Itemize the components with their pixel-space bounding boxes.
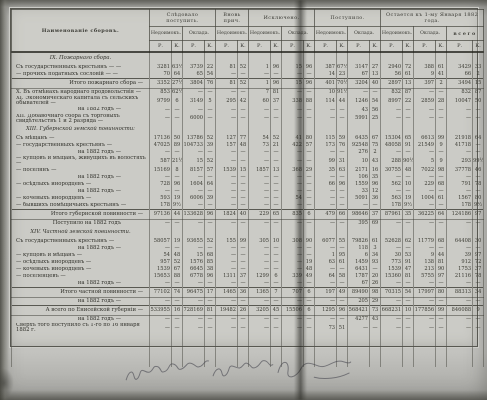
cell-kopecks: 25 xyxy=(370,114,381,125)
table-row: — бывшихъ помѣщичьихъ крестьянъ —1789½——… xyxy=(12,202,484,210)
cell-kopecks: 62 xyxy=(403,238,414,245)
total-row: Итого пожарнаго сбора —335227½3804768152… xyxy=(12,79,484,89)
cell-kopecks xyxy=(337,124,348,135)
cell-kopecks: — xyxy=(436,323,447,334)
cell-kopecks: — xyxy=(238,188,249,195)
cell-rubles: — xyxy=(315,114,337,125)
cell-kopecks xyxy=(205,333,216,367)
cell-kopecks: — xyxy=(238,174,249,181)
cell-rubles: 97136 xyxy=(150,209,172,219)
table-row: — поселенцевъ —1565388677896131137129963… xyxy=(12,273,484,280)
header-group-0: Слѣдовало поступить. xyxy=(150,10,216,27)
cell-rubles: — xyxy=(282,252,304,259)
cell-rubles: 1824 xyxy=(216,209,238,219)
cell-kopecks: — xyxy=(172,114,183,125)
cell-kopecks: — xyxy=(271,280,282,288)
cell-kopecks xyxy=(436,52,447,64)
cell-rubles: — xyxy=(414,323,436,334)
cell-rubles xyxy=(150,124,172,135)
cell-kopecks: 21 xyxy=(271,142,282,149)
cell-kopecks: 26 xyxy=(370,280,381,288)
cell-rubles: — xyxy=(315,202,337,210)
cell-kopecks xyxy=(370,124,381,135)
cell-kopecks: 87 xyxy=(403,89,414,97)
cell-kopecks: 9½ xyxy=(473,202,484,210)
cell-rubles: — xyxy=(216,195,238,202)
row-label: — кочевыхъ инородцевъ — xyxy=(12,266,150,273)
cell-kopecks: 39 xyxy=(205,195,216,202)
cell-rubles: — xyxy=(447,174,473,181)
column-header-name-of-fees: Наименованіе сборовъ. xyxy=(12,10,150,53)
cell-rubles: — xyxy=(150,188,172,195)
cell-kopecks xyxy=(238,227,249,238)
cell-kopecks: 61 xyxy=(337,259,348,266)
header-group-row: Наименованіе сборовъ.Слѣдовало поступить… xyxy=(12,10,484,27)
cell-rubles: — xyxy=(249,114,271,125)
cell-rubles: — xyxy=(249,219,271,227)
cell-kopecks: 63½ xyxy=(172,64,183,71)
table-row: — государственныхъ крестьянъ —4702589104… xyxy=(12,142,484,149)
cell-kopecks: — xyxy=(205,107,216,114)
cell-rubles: — xyxy=(447,107,473,114)
cell-rubles: 3149 xyxy=(183,96,205,107)
cell-rubles xyxy=(381,52,403,64)
cell-kopecks: 50 xyxy=(172,135,183,142)
cell-rubles: — xyxy=(447,245,473,252)
cell-kopecks: 33 xyxy=(473,64,484,71)
cell-rubles: 1857 xyxy=(249,167,271,174)
row-label: А всего по Енисейской губерніи — xyxy=(12,305,150,315)
cell-rubles: — xyxy=(150,174,172,181)
cell-kopecks: — xyxy=(473,323,484,334)
cell-rubles: — xyxy=(315,188,337,195)
cell-rubles: 70315 xyxy=(381,287,403,297)
cell-rubles: 6000 xyxy=(183,114,205,125)
cell-kopecks: 3 xyxy=(370,245,381,252)
cell-rubles xyxy=(315,333,337,367)
cell-rubles: — xyxy=(381,174,403,181)
tax-ledger-table: Наименованіе сборовъ.Слѣдовало поступить… xyxy=(11,9,484,367)
cell-kopecks: — xyxy=(337,114,348,125)
cell-kopecks: — xyxy=(337,315,348,323)
cell-kopecks: 13 xyxy=(403,79,414,89)
cell-kopecks: — xyxy=(172,280,183,288)
table-row: — поселянъ —1516988157571539151857133682… xyxy=(12,167,484,174)
cell-rubles: 41 xyxy=(282,135,304,142)
total-row: Итого частной повинности —77102749647517… xyxy=(12,287,484,297)
cell-rubles xyxy=(381,227,403,238)
cell-kopecks xyxy=(436,333,447,367)
cell-kopecks: 99 xyxy=(238,238,249,245)
cell-rubles: 1299 xyxy=(249,273,271,280)
cell-rubles: — xyxy=(315,297,337,305)
cell-rubles: 89490 xyxy=(348,287,370,297)
cell-kopecks: 52 xyxy=(172,259,183,266)
table-row: на 1882 годъ —————————————2762—————— xyxy=(12,149,484,156)
cell-kopecks: 29 xyxy=(304,167,315,174)
cell-rubles: — xyxy=(216,188,238,195)
cell-kopecks: 68 xyxy=(436,181,447,188)
cell-rubles: 15 xyxy=(183,252,205,259)
cell-rubles: — xyxy=(414,114,436,125)
cell-kopecks: — xyxy=(436,202,447,210)
cell-rubles: 229 xyxy=(249,209,271,219)
table-body: IX. Пожарнаго сбора.Съ государственныхъ … xyxy=(12,52,484,367)
cell-kopecks: 99½ xyxy=(473,156,484,167)
cell-kopecks: — xyxy=(238,149,249,156)
cell-kopecks: — xyxy=(172,188,183,195)
cell-kopecks: — xyxy=(205,245,216,252)
cell-rubles: — xyxy=(150,245,172,252)
cell-rubles: 104733 xyxy=(183,142,205,149)
cell-kopecks: — xyxy=(403,114,414,125)
cell-kopecks: 72 xyxy=(403,64,414,71)
cell-kopecks: 65 xyxy=(271,209,282,219)
row-label: на 1882 годъ — xyxy=(12,297,150,305)
cell-rubles xyxy=(216,124,238,135)
cell-kopecks: 9½ xyxy=(403,202,414,210)
cell-kopecks: — xyxy=(403,323,414,334)
cell-rubles: — xyxy=(216,252,238,259)
cell-rubles: 58057 xyxy=(150,238,172,245)
cell-rubles: 106 xyxy=(348,174,370,181)
cell-kopecks: — xyxy=(473,114,484,125)
cell-kopecks: — xyxy=(337,266,348,273)
cell-rubles: 10 xyxy=(315,89,337,97)
cell-kopecks: — xyxy=(271,149,282,156)
cell-rubles: — xyxy=(150,297,172,305)
cell-kopecks: — xyxy=(172,149,183,156)
cell-rubles: 124186 xyxy=(447,209,473,219)
cell-kopecks: 6 xyxy=(304,305,315,315)
cell-kopecks: 89 xyxy=(172,142,183,149)
cell-kopecks: — xyxy=(238,219,249,227)
cell-rubles: 15653 xyxy=(150,273,172,280)
cell-rubles: 5 xyxy=(414,156,436,167)
cell-kopecks: 63 xyxy=(337,167,348,174)
header-subcol-6: Оклада. xyxy=(348,27,381,41)
cell-rubles: 8997 xyxy=(381,96,403,107)
cell-kopecks: — xyxy=(473,280,484,288)
cell-kopecks: — xyxy=(436,297,447,305)
cell-kopecks: — xyxy=(403,297,414,305)
cell-rubles: 99 xyxy=(315,156,337,167)
cell-rubles: 155 xyxy=(216,238,238,245)
cell-kopecks: — xyxy=(205,297,216,305)
cell-kopecks: 21½ xyxy=(172,156,183,167)
cell-rubles xyxy=(381,333,403,367)
table-row: — кочевыхъ инородцевъ —153967664538—————… xyxy=(12,266,484,273)
row-label: — поселенцевъ — xyxy=(12,273,150,280)
cell-kopecks: — xyxy=(304,181,315,188)
cell-kopecks: — xyxy=(337,245,348,252)
cell-rubles: 8157 xyxy=(183,167,205,174)
cell-kopecks: — xyxy=(205,174,216,181)
cell-rubles: 14 xyxy=(315,71,337,79)
cell-rubles xyxy=(183,124,205,135)
cell-rubles: 67 xyxy=(348,280,370,288)
cell-kopecks: 96 xyxy=(304,64,315,71)
row-label: Итого частной повинности — xyxy=(12,287,150,297)
cell-rubles: 1004 xyxy=(414,195,436,202)
cell-kopecks xyxy=(403,333,414,367)
cell-rubles: 1539 xyxy=(150,266,172,273)
cell-kopecks: 77 xyxy=(238,135,249,142)
cell-kopecks xyxy=(473,52,484,64)
unit-kopecks: К. xyxy=(238,41,249,53)
cell-kopecks: 10 xyxy=(403,181,414,188)
cell-rubles: 60 xyxy=(249,96,271,107)
cell-kopecks: 10 xyxy=(403,305,414,315)
cell-rubles: 593 xyxy=(150,195,172,202)
cell-kopecks xyxy=(370,333,381,367)
row-label: на 1882 годъ — xyxy=(12,149,150,156)
cell-kopecks: — xyxy=(304,156,315,167)
cell-rubles: — xyxy=(216,181,238,188)
cell-kopecks xyxy=(403,227,414,238)
cell-rubles: 178 xyxy=(447,202,473,210)
cell-rubles: 957 xyxy=(150,259,172,266)
cell-rubles: 1 xyxy=(315,252,337,259)
cell-kopecks: — xyxy=(473,315,484,323)
section-row: IX. Пожарнаго сбора. xyxy=(12,52,484,64)
cell-rubles: 6431 xyxy=(348,266,370,273)
cell-rubles: 229 xyxy=(414,181,436,188)
row-label: на 1882 годъ — xyxy=(12,280,150,288)
unit-rubles: Р. xyxy=(249,41,271,53)
cell-rubles: 10047 xyxy=(447,96,473,107)
cell-rubles: 3739 xyxy=(183,64,205,71)
cell-kopecks: 96 xyxy=(304,79,315,89)
cell-kopecks: — xyxy=(172,297,183,305)
cell-kopecks: 76 xyxy=(337,142,348,149)
cell-rubles: 3205 xyxy=(249,305,271,315)
cell-kopecks: — xyxy=(271,202,282,210)
unit-rubles: Р. xyxy=(447,41,473,53)
cell-kopecks: — xyxy=(403,174,414,181)
cell-kopecks: 8 xyxy=(172,167,183,174)
cell-rubles: 79826 xyxy=(348,238,370,245)
cell-rubles: — xyxy=(150,280,172,288)
cell-kopecks: — xyxy=(403,188,414,195)
cell-kopecks: 39 xyxy=(205,142,216,149)
cell-kopecks: — xyxy=(473,297,484,305)
row-label: XIV. Частной земской повинности. xyxy=(12,227,150,238)
section-row: XIII. Губернской земской повинности: xyxy=(12,124,484,135)
header-subcol-3: Недоимокъ. xyxy=(249,27,282,41)
cell-rubles: — xyxy=(381,107,403,114)
cell-rubles: 15506 xyxy=(282,305,304,315)
cell-rubles: — xyxy=(447,188,473,195)
cell-rubles: 2940 xyxy=(381,64,403,71)
cell-kopecks: — xyxy=(238,245,249,252)
cell-kopecks: 76 xyxy=(205,79,216,89)
cell-rubles xyxy=(282,124,304,135)
cell-rubles: 118 xyxy=(348,245,370,252)
cell-rubles: — xyxy=(249,259,271,266)
cell-kopecks: — xyxy=(436,219,447,227)
cell-kopecks: 52 xyxy=(205,156,216,167)
cell-kopecks: 34 xyxy=(473,287,484,297)
cell-rubles: 835 xyxy=(282,209,304,219)
cell-kopecks: — xyxy=(238,266,249,273)
cell-rubles: 70 xyxy=(150,71,172,79)
cell-rubles: — xyxy=(315,280,337,288)
row-label: Поступило на 1882 годъ xyxy=(12,219,150,227)
cell-kopecks: — xyxy=(205,149,216,156)
cell-rubles: — xyxy=(315,174,337,181)
row-label: XII. Добавочнаго сбора съ торговыхъ свид… xyxy=(12,114,150,125)
cell-rubles: 9799 xyxy=(150,96,172,107)
cell-kopecks: 2 xyxy=(370,149,381,156)
cell-rubles: — xyxy=(447,323,473,334)
cell-rubles: — xyxy=(183,297,205,305)
cell-kopecks: 70½ xyxy=(337,79,348,89)
cell-rubles: 43 xyxy=(348,107,370,114)
cell-rubles: 308 xyxy=(282,238,304,245)
cell-kopecks: — xyxy=(304,107,315,114)
cell-kopecks: — xyxy=(436,315,447,323)
cell-rubles: 197 xyxy=(315,287,337,297)
cell-kopecks: — xyxy=(473,107,484,114)
cell-kopecks: — xyxy=(473,149,484,156)
cell-kopecks: 95 xyxy=(337,252,348,259)
cell-kopecks: — xyxy=(337,297,348,305)
unit-rubles: Р. xyxy=(381,41,403,53)
cell-rubles: 305 xyxy=(249,238,271,245)
cell-kopecks: — xyxy=(205,323,216,334)
row-label: на 1882 годъ — xyxy=(12,245,150,252)
cell-rubles: 21549 xyxy=(414,142,436,149)
cell-kopecks: — xyxy=(304,245,315,252)
cell-rubles: 1246 xyxy=(348,96,370,107)
row-label: Съ государственныхъ крестьянъ — — xyxy=(12,64,150,71)
cell-kopecks: — xyxy=(238,252,249,259)
cell-rubles: 73 xyxy=(249,142,271,149)
cell-kopecks: 97 xyxy=(473,252,484,259)
cell-rubles: — xyxy=(381,297,403,305)
cell-rubles: 728 xyxy=(150,181,172,188)
cell-rubles: 81 xyxy=(216,64,238,71)
cell-rubles xyxy=(282,227,304,238)
cell-rubles: 1 xyxy=(249,79,271,89)
cell-kopecks: 78 xyxy=(473,273,484,280)
cell-rubles: 54 xyxy=(249,135,271,142)
cell-kopecks: 58 xyxy=(337,273,348,280)
cell-kopecks: — xyxy=(403,107,414,114)
cell-kopecks: 52 xyxy=(271,135,282,142)
cell-kopecks: 81 xyxy=(205,305,216,315)
cell-rubles: — xyxy=(249,252,271,259)
cell-rubles: — xyxy=(249,297,271,305)
table-row: на 1882 годъ —————————————6726—————— xyxy=(12,280,484,288)
cell-kopecks: 87 xyxy=(473,89,484,97)
cell-kopecks xyxy=(337,333,348,367)
cell-kopecks: — xyxy=(271,297,282,305)
cell-kopecks: — xyxy=(238,107,249,114)
cell-rubles: 178 xyxy=(150,202,172,210)
cell-rubles: 6778 xyxy=(183,273,205,280)
cell-rubles: — xyxy=(447,297,473,305)
cell-rubles: — xyxy=(282,315,304,323)
cell-rubles: 293 xyxy=(447,156,473,167)
cell-kopecks: 10 xyxy=(271,238,282,245)
cell-kopecks: 40 xyxy=(238,209,249,219)
cell-kopecks: 17 xyxy=(205,287,216,297)
cell-rubles: — xyxy=(183,219,205,227)
header-group-3: Поступило. xyxy=(315,10,381,27)
cell-kopecks: — xyxy=(238,202,249,210)
cell-rubles: — xyxy=(315,107,337,114)
cell-rubles: 36225 xyxy=(414,209,436,219)
cell-kopecks: — xyxy=(172,315,183,323)
cell-rubles: 1459 xyxy=(348,259,370,266)
cell-rubles: 9 xyxy=(414,252,436,259)
cell-rubles: — xyxy=(183,315,205,323)
cell-kopecks: 96 xyxy=(205,209,216,219)
row-label: — государственныхъ крестьянъ — xyxy=(12,142,150,149)
cell-rubles xyxy=(447,333,473,367)
cell-rubles xyxy=(414,333,436,367)
cell-kopecks: 44 xyxy=(172,209,183,219)
cell-kopecks xyxy=(238,124,249,135)
cell-kopecks: 29 xyxy=(370,297,381,305)
cell-rubles: 533955 xyxy=(150,305,172,315)
cell-kopecks xyxy=(473,124,484,135)
cell-kopecks: 50 xyxy=(473,96,484,107)
cell-rubles xyxy=(348,333,370,367)
cell-rubles: — xyxy=(414,219,436,227)
cell-kopecks: 27½ xyxy=(172,79,183,89)
cell-rubles: — xyxy=(447,149,473,156)
cell-rubles: 67 xyxy=(348,71,370,79)
cell-kopecks: 48 xyxy=(238,142,249,149)
cell-kopecks: 36 xyxy=(238,287,249,297)
cell-rubles xyxy=(348,124,370,135)
cell-rubles: 6077 xyxy=(315,238,337,245)
cell-kopecks: — xyxy=(403,280,414,288)
cell-kopecks: 73 xyxy=(370,305,381,315)
cell-kopecks: 9 xyxy=(473,305,484,315)
cell-kopecks: 26 xyxy=(238,305,249,315)
cell-kopecks: — xyxy=(205,89,216,97)
cell-rubles: 2171 xyxy=(348,167,370,174)
cell-rubles: — xyxy=(183,245,205,252)
cell-kopecks: 48 xyxy=(304,266,315,273)
cell-kopecks: 80 xyxy=(304,135,315,142)
row-label: — осѣдлыхъ инородцевъ — xyxy=(12,181,150,188)
cell-rubles: — xyxy=(216,174,238,181)
cell-kopecks: — xyxy=(205,315,216,323)
cell-kopecks: — xyxy=(238,315,249,323)
cell-rubles: 13786 xyxy=(183,135,205,142)
cell-rubles: — xyxy=(282,297,304,305)
cell-rubles: 33 xyxy=(348,188,370,195)
table-row: XI. Экономическаго капитала съ сельскихъ… xyxy=(12,96,484,107)
cell-kopecks: — xyxy=(370,266,381,273)
cell-kopecks: 96 xyxy=(337,305,348,315)
cell-rubles: 3804 xyxy=(183,79,205,89)
cell-kopecks xyxy=(337,52,348,64)
cell-rubles: 401 xyxy=(315,79,337,89)
cell-rubles: — xyxy=(183,323,205,334)
cell-kopecks: — xyxy=(304,195,315,202)
cell-rubles: 568421 xyxy=(348,305,370,315)
cell-rubles: — xyxy=(150,107,172,114)
page-edge-top xyxy=(0,0,487,7)
cell-kopecks: — xyxy=(271,156,282,167)
cell-rubles: 88313 xyxy=(447,287,473,297)
